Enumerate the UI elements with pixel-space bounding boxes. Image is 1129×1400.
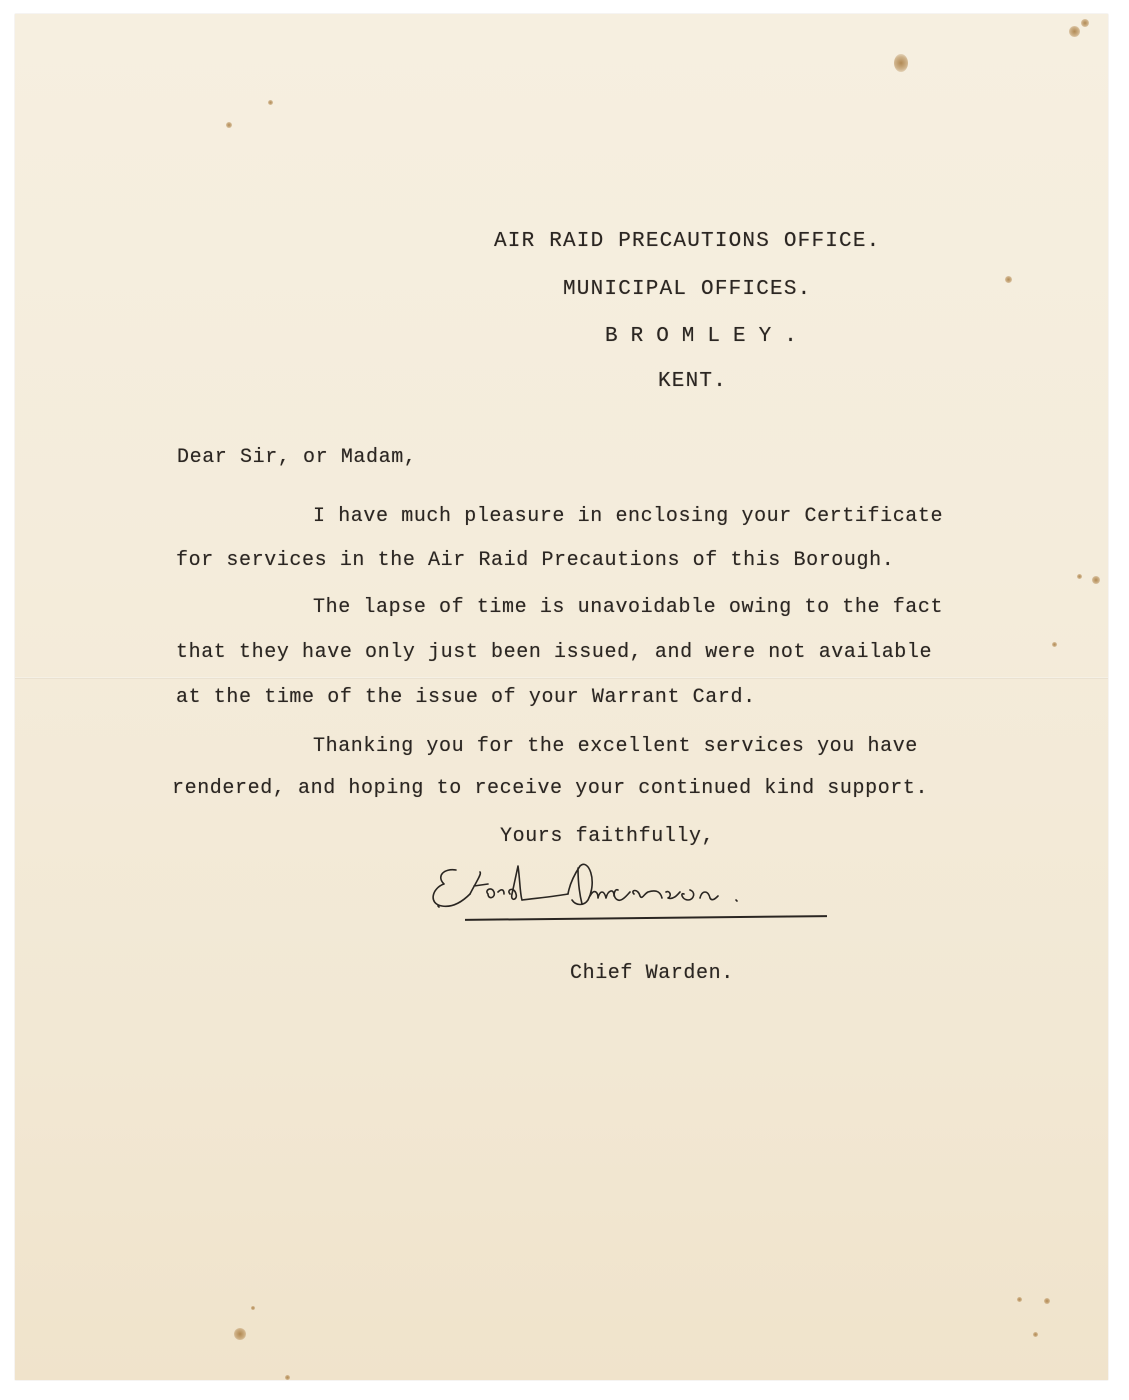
signatory-title: Chief Warden.	[570, 962, 734, 985]
foxing-spot	[251, 1306, 255, 1310]
foxing-spot	[1092, 576, 1100, 584]
letterhead-office: AIR RAID PRECAUTIONS OFFICE.	[494, 230, 880, 253]
body-line: The lapse of time is unavoidable owing t…	[313, 596, 943, 619]
paper-fold-line	[15, 677, 1108, 679]
handwritten-signature	[418, 860, 878, 920]
foxing-spot	[1005, 276, 1012, 283]
foxing-spot	[1077, 574, 1082, 579]
letterhead-county: KENT.	[658, 370, 727, 393]
foxing-spot	[234, 1328, 246, 1340]
body-line: I have much pleasure in enclosing your C…	[313, 505, 943, 528]
body-line: Thanking you for the excellent services …	[313, 735, 918, 758]
foxing-spot	[1069, 26, 1080, 37]
body-line: at the time of the issue of your Warrant…	[176, 686, 756, 709]
salutation: Dear Sir, or Madam,	[177, 446, 416, 469]
foxing-spot	[1033, 1332, 1038, 1337]
foxing-spot	[226, 122, 232, 128]
body-line: for services in the Air Raid Precautions…	[176, 549, 894, 572]
foxing-spot	[1017, 1297, 1022, 1302]
foxing-spot	[268, 100, 273, 105]
foxing-spot	[1052, 642, 1057, 647]
foxing-spot	[1044, 1298, 1050, 1304]
foxing-spot	[894, 54, 908, 72]
letterhead-municipal: MUNICIPAL OFFICES.	[563, 278, 811, 301]
foxing-spot	[1081, 19, 1089, 27]
foxing-spot	[285, 1375, 290, 1380]
letterhead-town: BROMLEY.	[605, 325, 810, 348]
body-line: that they have only just been issued, an…	[176, 641, 932, 664]
body-line: rendered, and hoping to receive your con…	[172, 777, 928, 800]
closing: Yours faithfully,	[500, 825, 714, 848]
